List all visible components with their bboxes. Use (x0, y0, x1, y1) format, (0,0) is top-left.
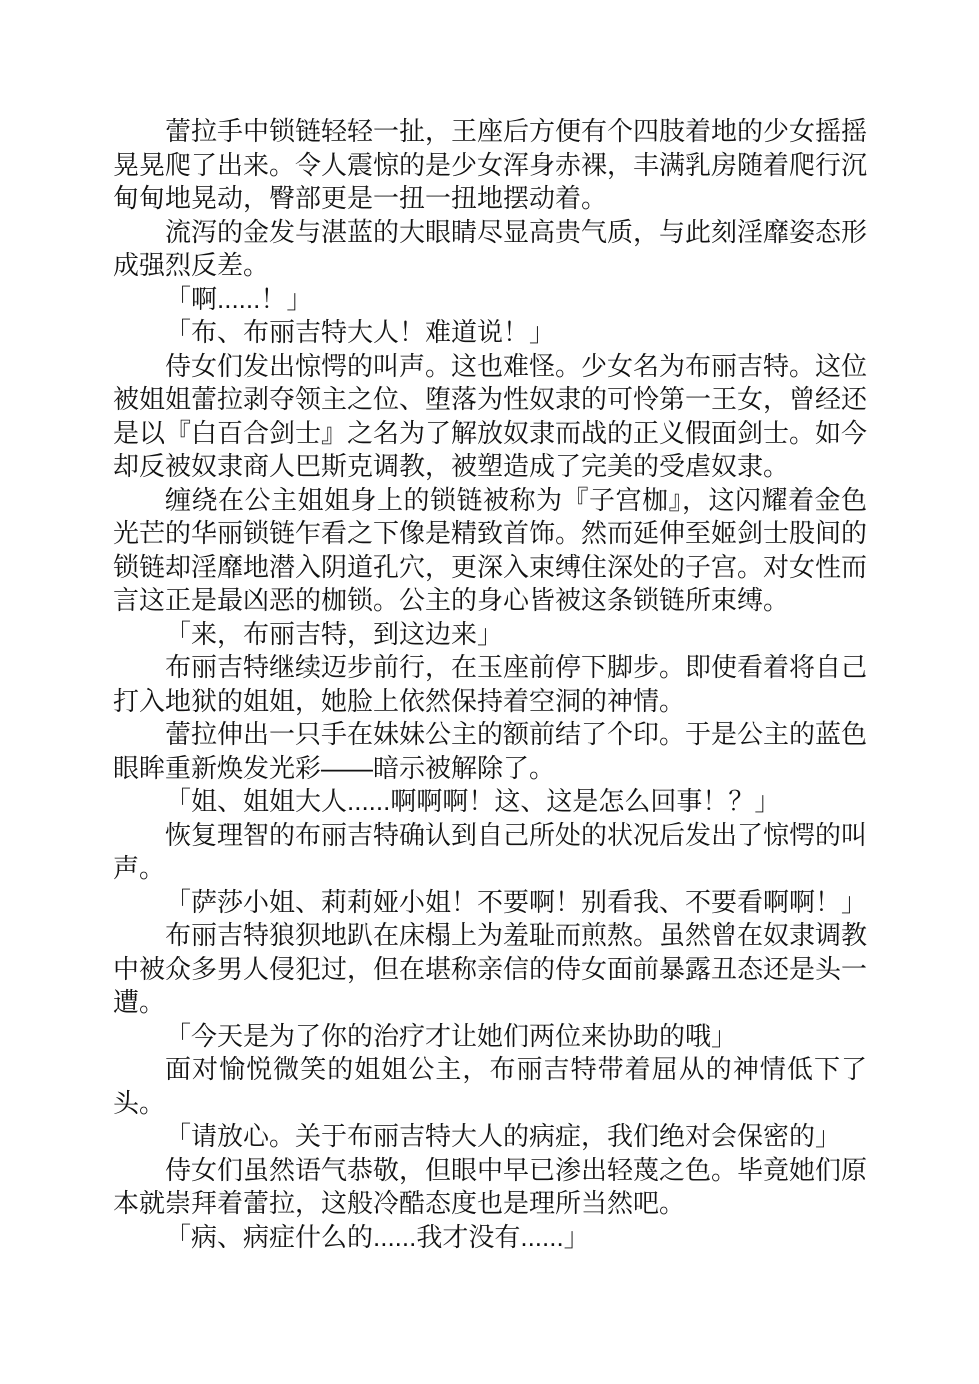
narration-paragraph: 侍女们发出惊愕的叫声。这也难怪。少女名为布丽吉特。这位被姐姐蕾拉剥夺领主之位、堕… (113, 350, 867, 484)
text-column: 蕾拉手中锁链轻轻一扯，王座后方便有个四肢着地的少女摇摇晃晃爬了出来。令人震惊的是… (113, 115, 867, 1254)
dialogue-paragraph: 「啊......！」 (113, 283, 867, 317)
narration-paragraph: 侍女们虽然语气恭敬，但眼中早已渗出轻蔑之色。毕竟她们原本就崇拜着蕾拉，这般冷酷态… (113, 1154, 867, 1221)
dialogue-paragraph: 「来，布丽吉特，到这边来」 (113, 618, 867, 652)
narration-paragraph: 蕾拉手中锁链轻轻一扯，王座后方便有个四肢着地的少女摇摇晃晃爬了出来。令人震惊的是… (113, 115, 867, 216)
narration-paragraph: 面对愉悦微笑的姐姐公主，布丽吉特带着屈从的神情低下了头。 (113, 1053, 867, 1120)
dialogue-paragraph: 「请放心。关于布丽吉特大人的病症，我们绝对会保密的」 (113, 1120, 867, 1154)
dialogue-paragraph: 「姐、姐姐大人......啊啊啊！这、这是怎么回事！？」 (113, 785, 867, 819)
ebook-page: 蕾拉手中锁链轻轻一扯，王座后方便有个四肢着地的少女摇摇晃晃爬了出来。令人震惊的是… (0, 0, 979, 1384)
narration-paragraph: 流泻的金发与湛蓝的大眼睛尽显高贵气质，与此刻淫靡姿态形成强烈反差。 (113, 216, 867, 283)
narration-paragraph: 恢复理智的布丽吉特确认到自己所处的状况后发出了惊愕的叫声。 (113, 819, 867, 886)
narration-paragraph: 布丽吉特狼狈地趴在床榻上为羞耻而煎熬。虽然曾在奴隶调教中被众多男人侵犯过，但在堪… (113, 919, 867, 1020)
dialogue-paragraph: 「萨莎小姐、莉莉娅小姐！不要啊！别看我、不要看啊啊！」 (113, 886, 867, 920)
dialogue-paragraph: 「病、病症什么的......我才没有......」 (113, 1221, 867, 1255)
narration-paragraph: 蕾拉伸出一只手在妹妹公主的额前结了个印。于是公主的蓝色眼眸重新焕发光彩——暗示被… (113, 718, 867, 785)
dialogue-paragraph: 「布、布丽吉特大人！难道说！」 (113, 316, 867, 350)
narration-paragraph: 缠绕在公主姐姐身上的锁链被称为『子宫枷』，这闪耀着金色光芒的华丽锁链乍看之下像是… (113, 484, 867, 618)
narration-paragraph: 布丽吉特继续迈步前行，在玉座前停下脚步。即使看着将自己打入地狱的姐姐，她脸上依然… (113, 651, 867, 718)
dialogue-paragraph: 「今天是为了你的治疗才让她们两位来协助的哦」 (113, 1020, 867, 1054)
